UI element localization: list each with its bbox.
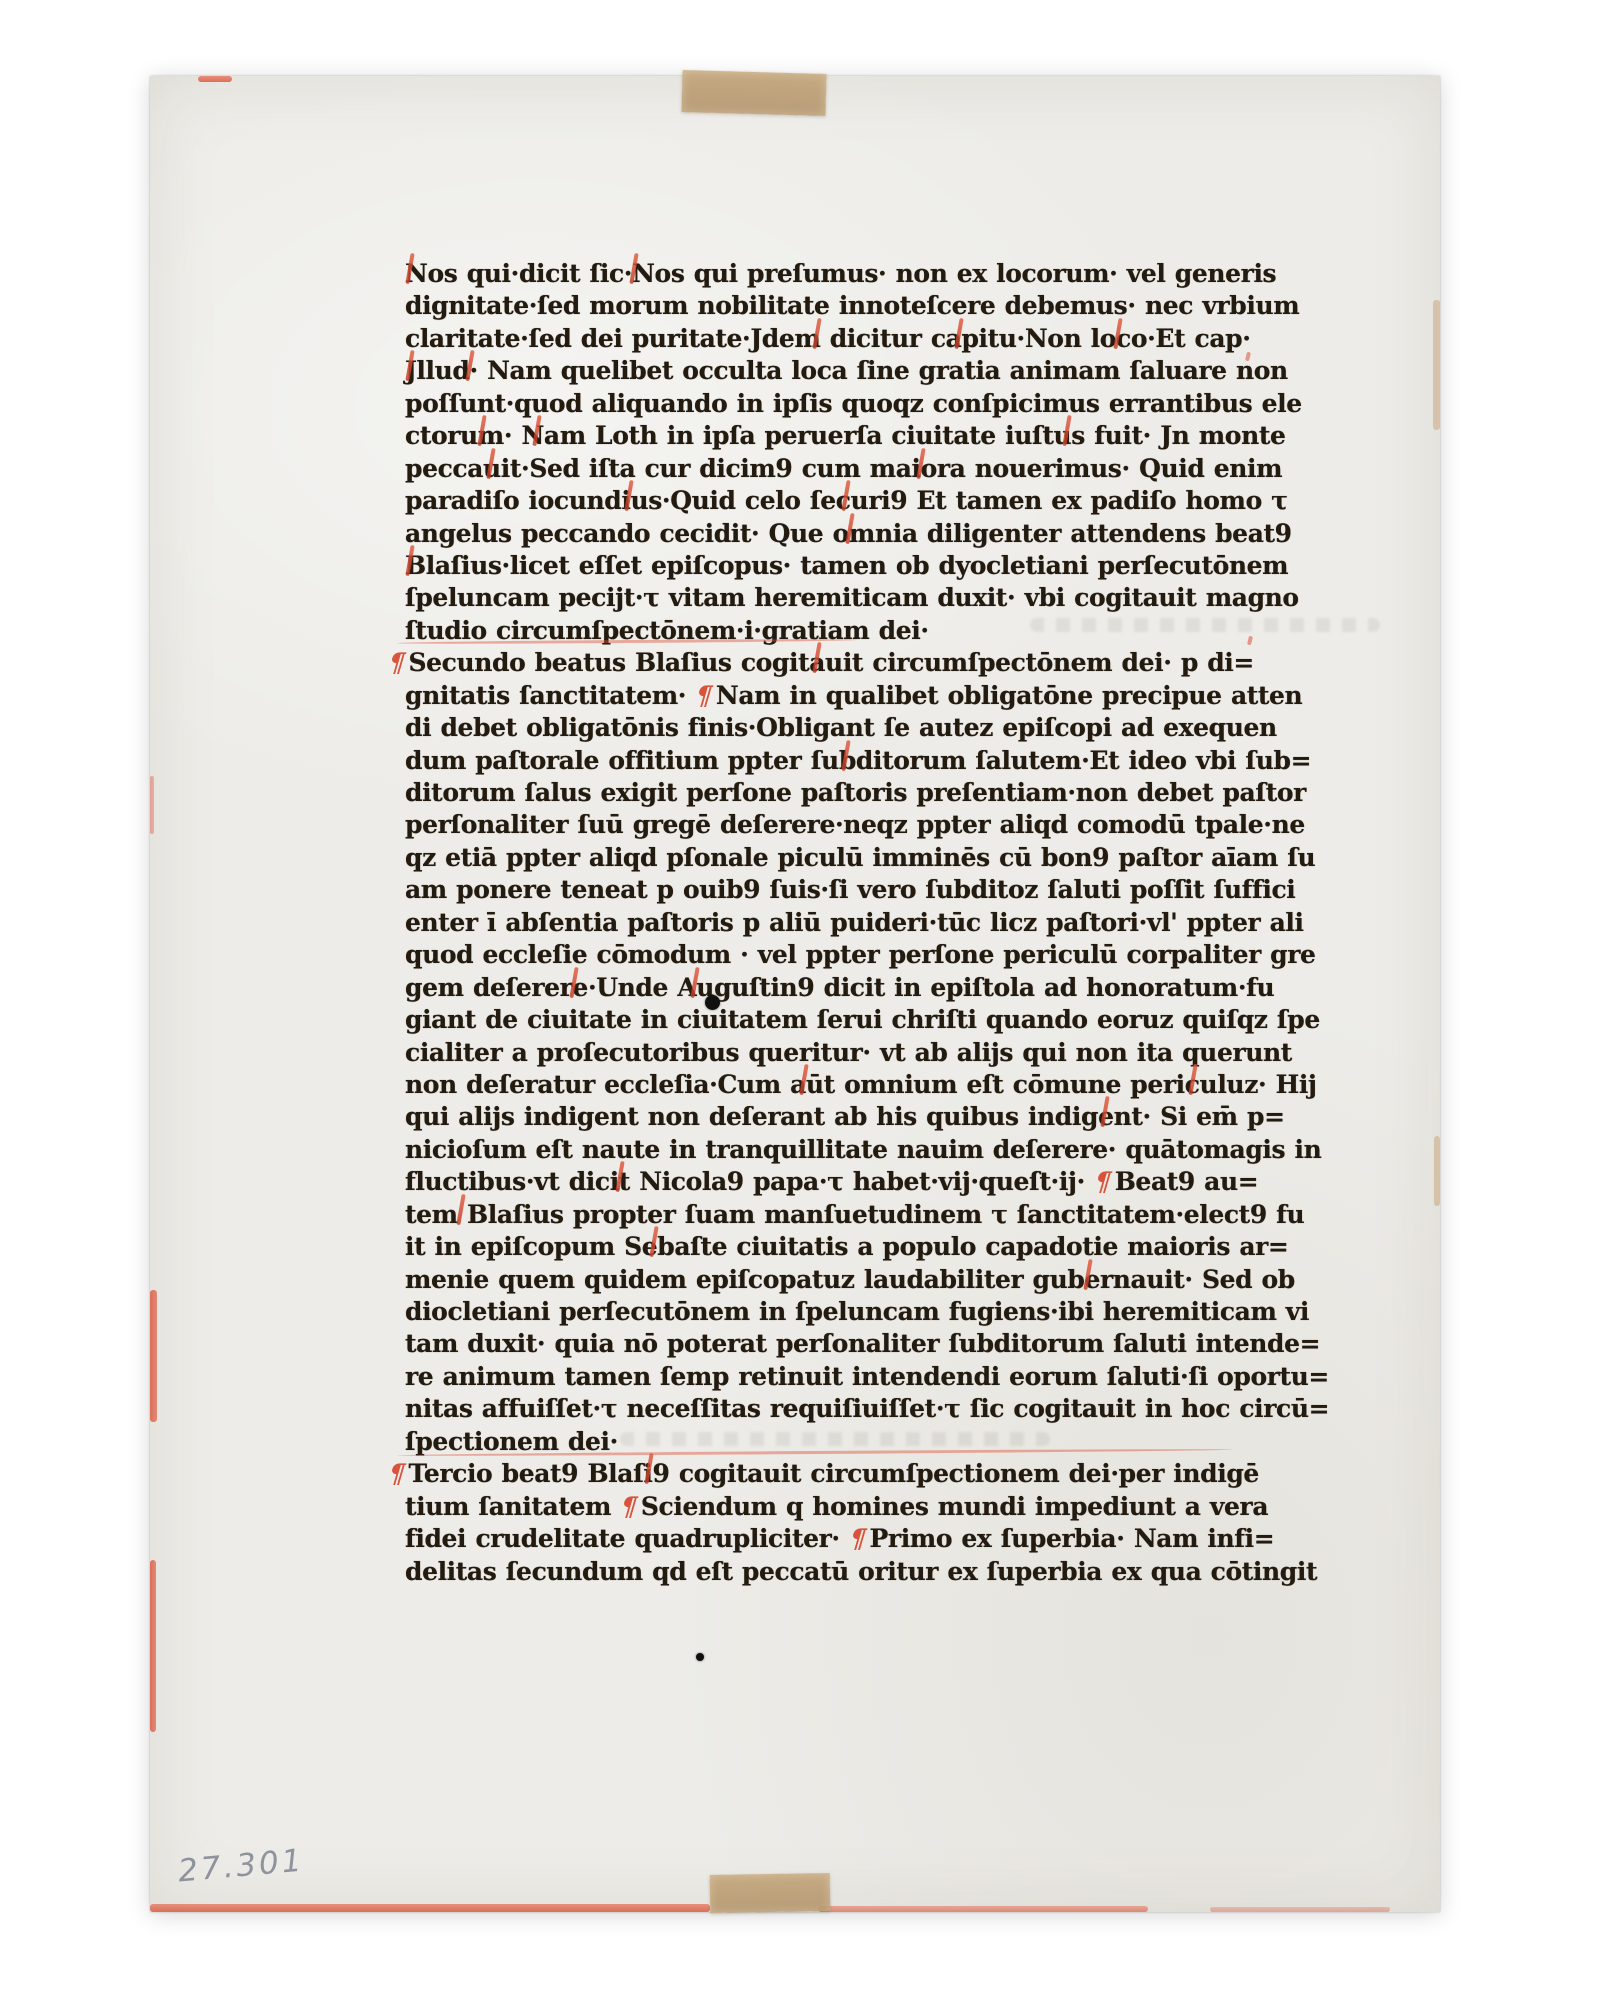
text-line: nicioſum eſt naute in tranquillitate nau…: [405, 1134, 1241, 1166]
rubric-speck-2: [1247, 636, 1253, 646]
rubric-stroke: [649, 1226, 658, 1257]
text-line: enter ī abſentia paſtoris p aliū puideri…: [405, 907, 1241, 939]
rubric-stroke: [1100, 1096, 1109, 1127]
rubric-paragraph-mark: ¶: [692, 679, 717, 713]
text-line: tium ſanitatem ¶Sciendum q homines mundi…: [405, 1491, 1241, 1523]
text-line: ſpeluncam pecijt·τ vitam heremiticam dux…: [405, 582, 1241, 614]
red-edge-left-1: [150, 1290, 157, 1422]
text-line: Nos qui·dicit ſic·Nos qui preſumus· non …: [405, 258, 1241, 290]
photo-background: Nos qui·dicit ſic·Nos qui preſumus· non …: [0, 0, 1599, 2000]
tape-bottom: [710, 1873, 831, 1913]
red-edge-bottom-2: [818, 1906, 1148, 1912]
red-edge-bottom-3: [1210, 1907, 1390, 1912]
text-line: gem deſerere·Unde Auguſtin9 dicit in epi…: [405, 972, 1241, 1004]
text-line: gnitatis ſanctitatem· ¶Nam in qualibet o…: [405, 680, 1241, 712]
tan-chip-right-1: [1433, 300, 1440, 430]
text-line: ditorum ſalus exigit perſone paſtoris pr…: [405, 777, 1241, 809]
rubric-stroke: [532, 415, 541, 446]
text-line: tam duxit· quia nō poterat perſonaliter …: [405, 1328, 1241, 1360]
red-edge-left-3: [150, 776, 154, 834]
red-edge-top: [198, 76, 232, 82]
rubric-stroke: [812, 318, 821, 349]
text-line: giant de ciuitate in ciuitatem ſerui chr…: [405, 1004, 1241, 1036]
text-line: qui alijs indigent non deſerant ab his q…: [405, 1101, 1241, 1133]
text-line: di debet obligatōnis finis·Obligant ſe a…: [405, 712, 1241, 744]
tape-top: [681, 70, 826, 116]
rubric-paragraph-mark: ¶: [384, 646, 409, 680]
rubric-stroke: [630, 253, 639, 284]
text-line: fluctibus·vt dicit Nicola9 papa·τ habet·…: [405, 1166, 1241, 1198]
text-line: poſſunt·quod aliquando in ipſis quoqz co…: [405, 388, 1241, 420]
text-line: ¶Secundo beatus Blaſius cogitauit circum…: [405, 647, 1241, 679]
rubric-stroke: [691, 967, 700, 998]
text-line: diocletiani perſecutōnem in ſpeluncam fu…: [405, 1296, 1241, 1328]
wormhole-lower: [696, 1653, 704, 1661]
text-line: menie quem quidem epiſcopatuz laudabilit…: [405, 1264, 1241, 1296]
rubric-stroke: [916, 448, 925, 479]
text-line: nitas affuiſſet·τ neceſſitas requiſiuiſſ…: [405, 1393, 1241, 1425]
text-line: dum paſtorale offitium ppter ſubditorum …: [405, 745, 1241, 777]
text-line: ſtudio circumſpectōnem·i·gratiam dei·: [405, 615, 1241, 647]
text-line: claritate·ſed dei puritate·Jdem dicitur …: [405, 323, 1241, 355]
incunable-leaf: Nos qui·dicit ſic·Nos qui preſumus· non …: [150, 76, 1440, 1912]
text-line: dignitate·ſed morum nobilitate innoteſce…: [405, 290, 1241, 322]
rubric-paragraph-mark: ¶: [1090, 1165, 1115, 1199]
latin-text-block: Nos qui·dicit ſic·Nos qui preſumus· non …: [405, 258, 1241, 1588]
wormhole-upper: [705, 995, 720, 1010]
text-line: ctorum· Nam Loth in ipſa peruerſa ciuita…: [405, 420, 1241, 452]
text-line: tem Blaſius propter ſuam manſuetudinem τ…: [405, 1199, 1241, 1231]
text-line: Blaſius·licet eſſet epiſcopus· tamen ob …: [405, 550, 1241, 582]
text-line: paradiſo iocundius·Quid celo ſecuri9 Et …: [405, 485, 1241, 517]
rubric-stroke: [406, 253, 415, 284]
text-line: fidei crudelitate quadrupliciter· ¶Primo…: [405, 1523, 1241, 1555]
text-line: quod eccleſie cōmodum · vel ppter perſon…: [405, 939, 1241, 971]
rubric-stroke: [457, 1194, 466, 1225]
rubric-stroke: [1084, 1258, 1093, 1289]
text-line: ſpectionem dei·: [405, 1426, 1241, 1458]
text-line: am ponere teneat p ouib9 ſuis·ſi vero ſu…: [405, 874, 1241, 906]
text-line: re animum tamen ſemp retinuit intendendi…: [405, 1361, 1241, 1393]
text-line: it in epiſcopum Sebaſte ciuitatis a popu…: [405, 1231, 1241, 1263]
rubric-stroke: [841, 480, 850, 511]
text-line: angelus peccando cecidit· Que omnia dili…: [405, 518, 1241, 550]
text-line: ¶Tercio beat9 Blaſi9 cogitauit circumſpe…: [405, 1458, 1241, 1490]
rubric-stroke: [616, 1161, 625, 1192]
text-line: Jllud· Nam quelibet occulta loca ſine gr…: [405, 355, 1241, 387]
rubric-paragraph-mark: ¶: [845, 1522, 870, 1556]
rubric-stroke: [570, 967, 579, 998]
rubric-stroke: [845, 512, 854, 543]
text-line: non deſeratur eccleſia·Cum aūt omnium eſ…: [405, 1069, 1241, 1101]
rubric-stroke: [478, 415, 487, 446]
text-line: qz etiā ppter aliqd pſonale piculū immin…: [405, 842, 1241, 874]
collection-number: 27.301: [177, 1843, 306, 1890]
red-edge-bottom-1: [150, 1904, 710, 1912]
rubric-stroke: [954, 318, 963, 349]
rubric-stroke: [406, 350, 415, 381]
rubric-stroke: [812, 642, 821, 673]
rubric-stroke: [406, 545, 415, 576]
rubric-stroke: [645, 1453, 654, 1484]
rubric-stroke: [1113, 318, 1122, 349]
text-line: delitas ſecundum qd eſt peccatū oritur e…: [405, 1556, 1241, 1588]
rubric-stroke: [1063, 415, 1072, 446]
rubric-stroke: [841, 739, 850, 770]
tan-chip-right-2: [1434, 1136, 1440, 1206]
rubric-stroke: [1188, 1064, 1197, 1095]
rubric-stroke: [465, 350, 474, 381]
text-line: peccauit·Sed iſta cur dicim9 cum maiora …: [405, 453, 1241, 485]
rubric-stroke: [624, 480, 633, 511]
rubric-stroke: [799, 1064, 808, 1095]
rubric-paragraph-mark: ¶: [384, 1457, 409, 1491]
rubric-paragraph-mark: ¶: [616, 1490, 641, 1524]
red-edge-left-2: [150, 1560, 156, 1732]
rubric-stroke: [486, 448, 495, 479]
text-line: cialiter a proſecutoribus queritur· vt a…: [405, 1037, 1241, 1069]
text-line: perſonaliter ſuū gregē deſerere·neqz ppt…: [405, 809, 1241, 841]
